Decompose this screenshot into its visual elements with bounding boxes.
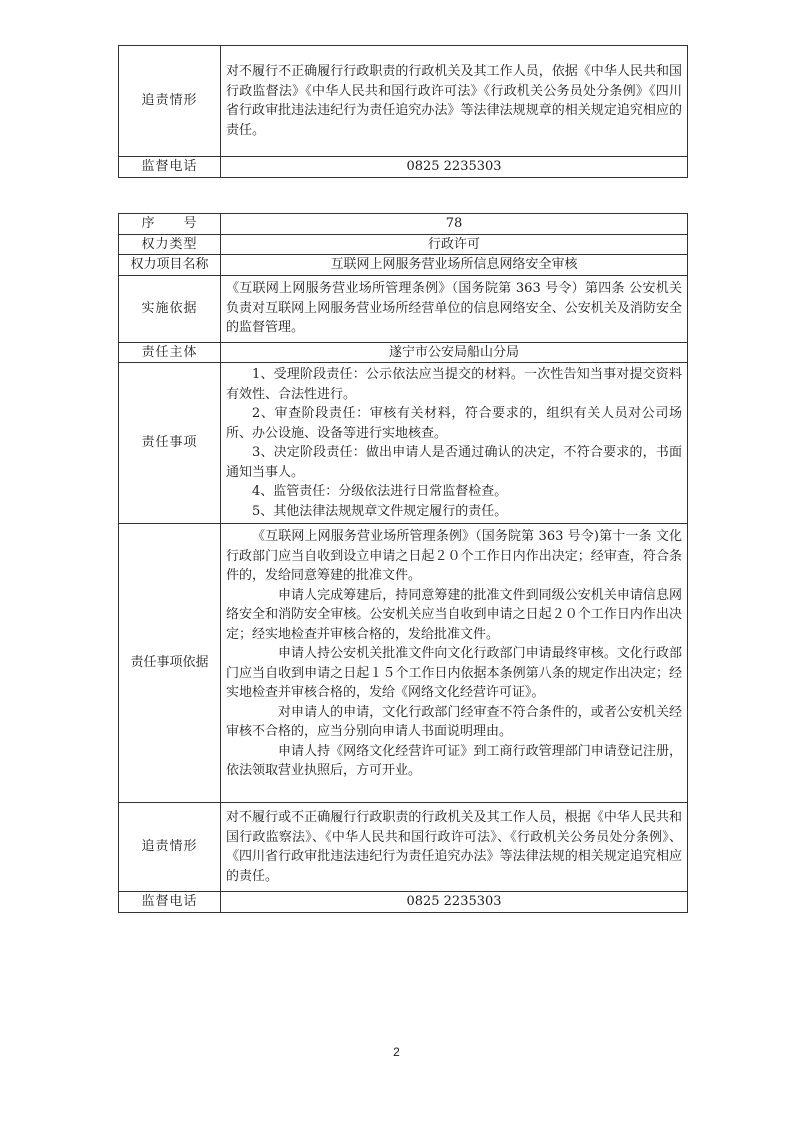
accountability-label: 追责情形 <box>119 46 221 157</box>
subject-label: 责任主体 <box>119 342 221 363</box>
subject-row: 责任主体 遂宁市公安局船山分局 <box>119 342 688 363</box>
duty-basis-paragraph: 申请人完成筹建后，持同意筹建的批准文件到同级公安机关申请信息网络安全和消防安全审… <box>226 586 682 645</box>
duty-basis-paragraph: 对申请人的申请，文化行政部门经审查不符合条件的，或者公安机关经审核不合格的，应当… <box>226 703 682 742</box>
power-type-label: 权力类型 <box>119 234 221 255</box>
item-name-label: 权力项目名称 <box>119 255 221 276</box>
phone-label: 监督电话 <box>119 157 221 178</box>
duty-basis-text: 《互联网上网服务营业场所管理条例》（国务院第 363 号令)第十一条 文化行政部… <box>221 524 688 803</box>
accountability-row: 追责情形 对不履行不正确履行行政职责的行政机关及其工作人员，依据《中华人民共和国… <box>119 46 688 157</box>
accountability-label: 追责情形 <box>119 803 221 892</box>
serial-label: 序 号 <box>119 214 221 235</box>
duties-row: 责任事项 1、受理阶段责任：公示依法应当提交的材料。一次性告知当事对提交资料有效… <box>119 363 688 524</box>
basis-text: 《互联网上网服务营业场所管理条例》（国务院第 363 号令）第四条 公安机关负责… <box>221 275 688 342</box>
duty-basis-row: 责任事项依据 《互联网上网服务营业场所管理条例》（国务院第 363 号令)第十一… <box>119 524 688 803</box>
duty-basis-label: 责任事项依据 <box>119 524 221 803</box>
power-type-value: 行政许可 <box>221 234 688 255</box>
duties-list: 1、受理阶段责任：公示依法应当提交的材料。一次性告知当事对提交资料有效性、合法性… <box>221 363 688 524</box>
duty-item: 4、监管责任：分级依法进行日常监督检查。 <box>226 482 682 502</box>
phone-value: 0825 2235303 <box>221 157 688 178</box>
duties-label: 责任事项 <box>119 363 221 524</box>
serial-row: 序 号 78 <box>119 214 688 235</box>
item-78-table: 序 号 78 权力类型 行政许可 权力项目名称 互联网上网服务营业场所信息网络安… <box>118 213 688 913</box>
accountability-text: 对不履行不正确履行行政职责的行政机关及其工作人员，依据《中华人民共和国行政监督法… <box>221 46 688 157</box>
accountability-text: 对不履行或不正确履行行政职责的行政机关及其工作人员，根据《中华人民共和国行政监察… <box>221 803 688 892</box>
serial-value: 78 <box>221 214 688 235</box>
phone-row: 监督电话 0825 2235303 <box>119 157 688 178</box>
subject-value: 遂宁市公安局船山分局 <box>221 342 688 363</box>
accountability-row: 追责情形 对不履行或不正确履行行政职责的行政机关及其工作人员，根据《中华人民共和… <box>119 803 688 892</box>
item-name-value: 互联网上网服务营业场所信息网络安全审核 <box>221 255 688 276</box>
previous-item-table-tail: 追责情形 对不履行不正确履行行政职责的行政机关及其工作人员，依据《中华人民共和国… <box>118 45 688 178</box>
duty-item: 1、受理阶段责任：公示依法应当提交的材料。一次性告知当事对提交资料有效性、合法性… <box>226 365 682 404</box>
phone-label: 监督电话 <box>119 892 221 913</box>
item-name-row: 权力项目名称 互联网上网服务营业场所信息网络安全审核 <box>119 255 688 276</box>
duty-basis-paragraph: 申请人持公安机关批准文件向文化行政部门申请最终审核。文化行政部门应当自收到申请之… <box>226 644 682 703</box>
phone-row: 监督电话 0825 2235303 <box>119 892 688 913</box>
page-number: 2 <box>0 1045 793 1059</box>
basis-row: 实施依据 《互联网上网服务营业场所管理条例》（国务院第 363 号令）第四条 公… <box>119 275 688 342</box>
basis-label: 实施依据 <box>119 275 221 342</box>
power-type-row: 权力类型 行政许可 <box>119 234 688 255</box>
duty-item: 2、审查阶段责任：审核有关材料，符合要求的，组织有关人员对公司场所、办公设施、设… <box>226 404 682 443</box>
duty-basis-paragraph: 《互联网上网服务营业场所管理条例》（国务院第 363 号令)第十一条 文化行政部… <box>226 527 682 586</box>
phone-value: 0825 2235303 <box>221 892 688 913</box>
duty-item: 3、决定阶段责任：做出申请人是否通过确认的决定，不符合要求的，书面通知当事人。 <box>226 443 682 482</box>
duty-item: 5、其他法律法规规章文件规定履行的责任。 <box>226 502 682 522</box>
duty-basis-paragraph: 申请人持《网络文化经营许可证》到工商行政管理部门申请登记注册，依法领取营业执照后… <box>226 742 682 781</box>
